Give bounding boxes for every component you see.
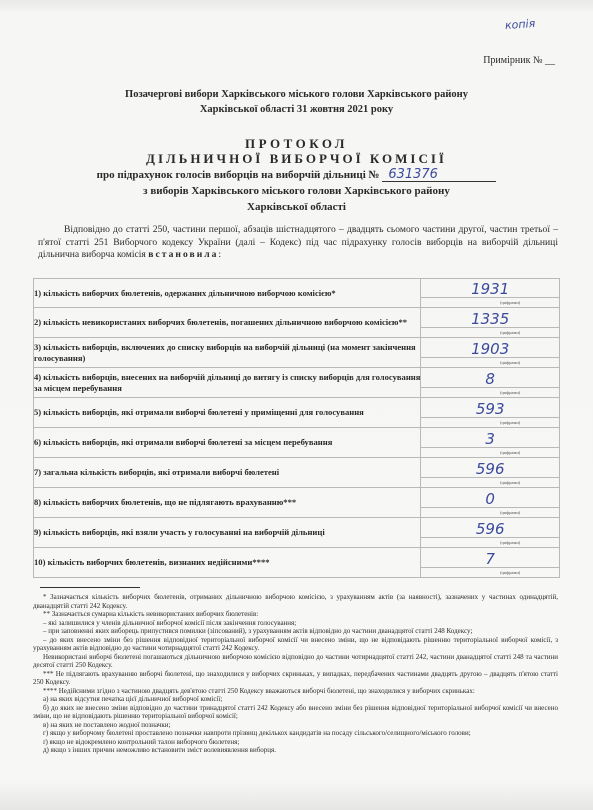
table-row: 5) кількість виборців, які отримали вибо…: [34, 398, 560, 428]
row-label: 10) кількість виборчих бюлетенів, визнан…: [34, 548, 421, 578]
row-value-caption: (цифрами): [421, 298, 559, 307]
row-value: 1335: [421, 309, 559, 328]
row-value: 0: [421, 489, 559, 508]
document-page: копія Примірник № __ Позачергові вибори …: [0, 0, 593, 810]
copy-handwritten-mark: копія: [505, 17, 536, 32]
row-label: 5) кількість виборців, які отримали вибо…: [34, 398, 421, 428]
footnote: г) якщо у виборчому бюлетені проставлено…: [33, 729, 558, 738]
intro-emphasis: встановила: [148, 249, 218, 260]
row-value: 1903: [421, 339, 559, 358]
footnote: **** Недійсними згідно з частиною двадця…: [33, 687, 558, 696]
footnote: – при заповненні яких виборець припустив…: [33, 627, 558, 636]
footnote: *** Не підлягають врахуванню виборчі бюл…: [33, 670, 558, 687]
protocol-title: ПРОТОКОЛ: [0, 136, 593, 151]
row-value-cell: 8(цифрами): [421, 368, 560, 398]
intro-paragraph: Відповідно до статті 250, частини першої…: [38, 224, 558, 262]
row-value-caption: (цифрами): [421, 328, 559, 337]
table-row: 3) кількість виборців, включених до спис…: [34, 338, 560, 368]
commission-title: ДІЛЬНИЧНОЇ ВИБОРЧОЇ КОМІСІЇ: [0, 151, 593, 166]
station-line: про підрахунок голосів виборців на вибор…: [0, 167, 593, 183]
copy-number-label: Примірник № __: [483, 55, 555, 66]
subtitle-line5: Харківської області: [0, 199, 593, 215]
row-value: 7: [421, 549, 559, 568]
row-value: 3: [421, 429, 559, 448]
row-value-cell: 7(цифрами): [421, 548, 560, 578]
row-value: 1931: [421, 279, 559, 298]
table-row: 10) кількість виборчих бюлетенів, визнан…: [34, 548, 560, 578]
footnote: а) на яких відсутня печатка цієї дільнич…: [33, 695, 558, 704]
footnote: Невикористані виборчі бюлетені погашають…: [33, 653, 558, 670]
row-value-cell: 1903(цифрами): [421, 338, 560, 368]
table-row: 7) загальна кількість виборців, які отри…: [34, 458, 560, 488]
row-value-cell: 596(цифрами): [421, 458, 560, 488]
row-value-cell: 593(цифрами): [421, 398, 560, 428]
footnote: – які залишилися у членів дільничної виб…: [33, 619, 558, 628]
table-row: 6) кількість виборців, які отримали вибо…: [34, 428, 560, 458]
row-label: 6) кількість виборців, які отримали вибо…: [34, 428, 421, 458]
row-value: 596: [421, 459, 559, 478]
footnote-divider: [40, 587, 140, 588]
row-value-cell: 1335(цифрами): [421, 308, 560, 338]
station-prefix: про підрахунок голосів виборців на вибор…: [97, 169, 380, 181]
row-value-cell: 596(цифрами): [421, 518, 560, 548]
row-value-caption: (цифрами): [421, 448, 559, 457]
row-value-caption: (цифрами): [421, 478, 559, 487]
footnote: ** Зазначається сумарна кількість невико…: [33, 610, 558, 619]
footnote: б) до яких не внесено зміни відповідно д…: [33, 704, 558, 721]
row-value-cell: 3(цифрами): [421, 428, 560, 458]
row-value-caption: (цифрами): [421, 568, 559, 577]
row-value-cell: 1931(цифрами): [421, 279, 560, 308]
row-label: 2) кількість невикористаних виборчих бюл…: [34, 308, 421, 338]
row-label: 3) кількість виборців, включених до спис…: [34, 338, 421, 368]
intro-end: :: [218, 249, 221, 260]
table-row: 4) кількість виборців, внесених на вибор…: [34, 368, 560, 398]
row-label: 9) кількість виборців, які взяли участь …: [34, 518, 421, 548]
row-value-caption: (цифрами): [421, 388, 559, 397]
row-label: 7) загальна кількість виборців, які отри…: [34, 458, 421, 488]
footnote: ґ) якщо не відокремлено контрольний тало…: [33, 738, 558, 747]
election-title-line2: Харківської області 31 жовтня 2021 року: [0, 102, 593, 117]
row-label: 8) кількість виборчих бюлетенів, що не п…: [34, 488, 421, 518]
intro-text: Відповідно до статті 250, частини першої…: [38, 224, 558, 260]
protocol-subtitle: про підрахунок голосів виборців на вибор…: [0, 167, 593, 215]
subtitle-line4: з виборів Харківського міського голови Х…: [0, 183, 593, 199]
election-title-line1: Позачергові вибори Харківського міського…: [0, 87, 593, 102]
row-value-caption: (цифрами): [421, 508, 559, 517]
table-row: 1) кількість виборчих бюлетенів, одержан…: [34, 279, 560, 308]
footnote: – до яких внесено зміни без рішення відп…: [33, 636, 558, 653]
table-row: 9) кількість виборців, які взяли участь …: [34, 518, 560, 548]
table-row: 2) кількість невикористаних виборчих бюл…: [34, 308, 560, 338]
footnote: в) на яких не поставлено жодної позначки…: [33, 721, 558, 730]
table-row: 8) кількість виборчих бюлетенів, що не п…: [34, 488, 560, 518]
row-value-caption: (цифрами): [421, 418, 559, 427]
row-value: 596: [421, 519, 559, 538]
row-value: 593: [421, 399, 559, 418]
row-value-cell: 0(цифрами): [421, 488, 560, 518]
row-label: 4) кількість виборців, внесених на вибор…: [34, 368, 421, 398]
footnote: д) якщо з інших причин неможливо встанов…: [33, 746, 558, 755]
row-value-caption: (цифрами): [421, 358, 559, 367]
footnotes: * Зазначається кількість виборчих бюлете…: [33, 593, 558, 755]
results-table: 1) кількість виборчих бюлетенів, одержан…: [33, 278, 560, 578]
row-label: 1) кількість виборчих бюлетенів, одержан…: [34, 279, 421, 308]
election-title: Позачергові вибори Харківського міського…: [0, 87, 593, 117]
footnote: * Зазначається кількість виборчих бюлете…: [33, 593, 558, 610]
row-value-caption: (цифрами): [421, 538, 559, 547]
row-value: 8: [421, 369, 559, 388]
station-number: 631376: [382, 168, 496, 182]
